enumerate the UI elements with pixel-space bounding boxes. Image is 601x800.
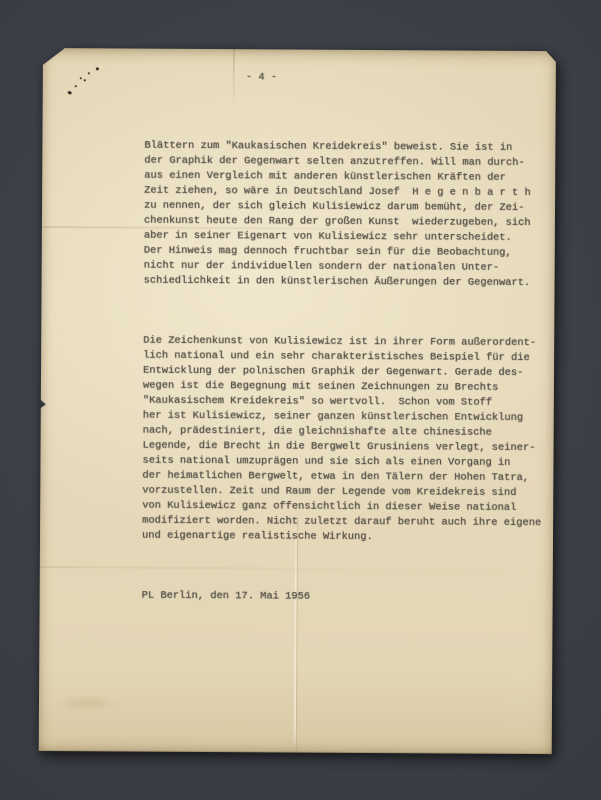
ink-speckle xyxy=(88,72,90,74)
ink-speckle xyxy=(67,91,71,95)
document-page: - 4 - Blättern zum "Kaukasischen Kreidek… xyxy=(39,48,556,754)
ink-speckle xyxy=(75,85,77,87)
document-page-wrapper: - 4 - Blättern zum "Kaukasischen Kreidek… xyxy=(39,48,556,754)
ink-speckle xyxy=(80,77,82,79)
paragraph-1: Blättern zum "Kaukasischen Kreidekreis" … xyxy=(144,139,591,292)
typewritten-text: Blättern zum "Kaukasischen Kreidekreis" … xyxy=(141,109,590,637)
ink-speckle xyxy=(96,67,100,71)
edge-tear xyxy=(41,400,46,408)
paragraph-2: Die Zeichenkunst von Kulisiewicz ist in … xyxy=(142,334,589,547)
page-number: - 4 - xyxy=(246,70,277,85)
signature-line: PL Berlin, den 17. Mai 1956 xyxy=(142,589,588,607)
fold-crease-top xyxy=(233,49,235,107)
scan-background: - 4 - Blättern zum "Kaukasischen Kreidek… xyxy=(0,0,601,800)
paper-stain xyxy=(55,694,119,712)
ink-speckle xyxy=(84,79,86,81)
